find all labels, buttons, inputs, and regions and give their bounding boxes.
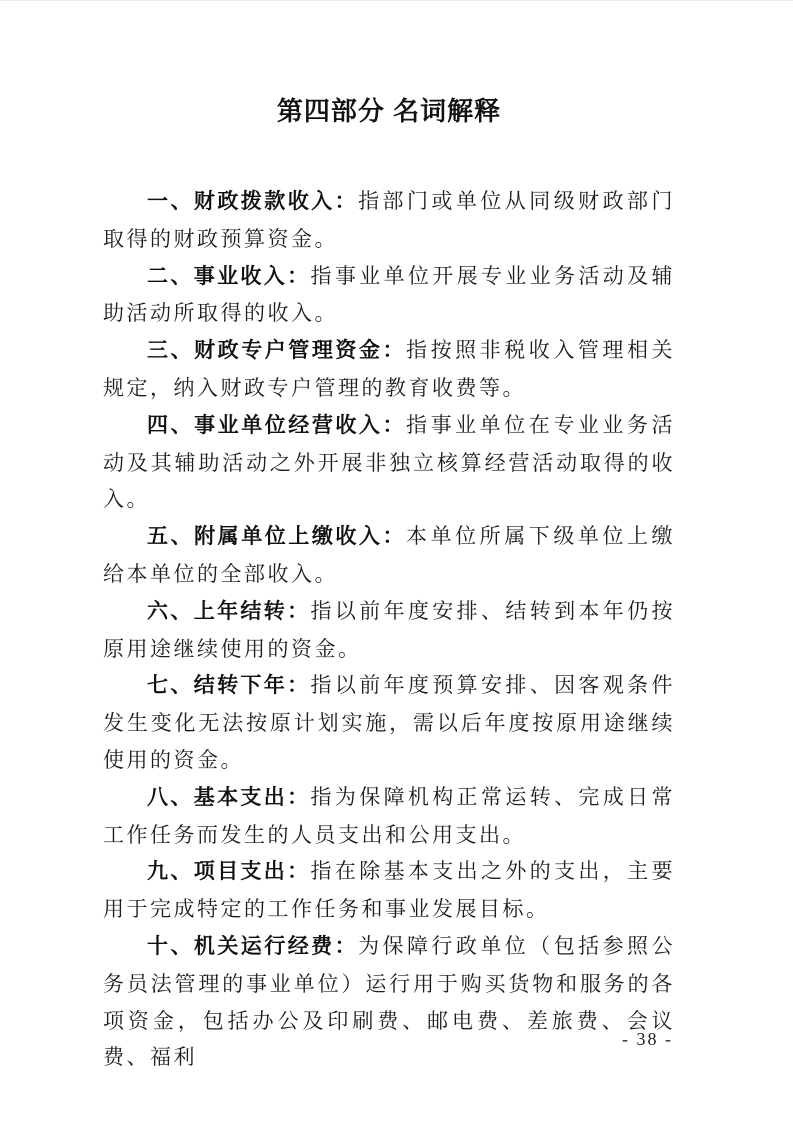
term-label: 九、项目支出： bbox=[147, 860, 311, 883]
term-label: 三、财政专户管理资金： bbox=[147, 339, 406, 362]
page-title: 第四部分 名词解释 bbox=[103, 93, 675, 129]
terms-list: 一、财政拨款收入：指部门或单位从同级财政部门取得的财政预算资金。 二、事业收入：… bbox=[103, 183, 675, 1076]
term-label: 六、上年结转： bbox=[147, 600, 311, 623]
term-paragraph: 六、上年结转：指以前年度安排、结转到本年仍按原用途继续使用的资金。 bbox=[103, 593, 675, 668]
term-paragraph: 二、事业收入：指事业单位开展专业业务活动及辅助活动所取得的收入。 bbox=[103, 258, 675, 333]
term-paragraph: 七、结转下年：指以前年度预算安排、因客观条件发生变化无法按原计划实施，需以后年度… bbox=[103, 667, 675, 778]
term-label: 七、结转下年： bbox=[147, 674, 311, 697]
term-label: 十、机关运行经费： bbox=[147, 935, 358, 958]
term-paragraph: 八、基本支出：指为保障机构正常运转、完成日常工作任务而发生的人员支出和公用支出。 bbox=[103, 779, 675, 854]
term-paragraph: 四、事业单位经营收入：指事业单位在专业业务活动及其辅助活动之外开展非独立核算经营… bbox=[103, 407, 675, 518]
term-paragraph: 五、附属单位上缴收入：本单位所属下级单位上缴给本单位的全部收入。 bbox=[103, 518, 675, 593]
term-label: 八、基本支出： bbox=[147, 786, 311, 809]
term-label: 四、事业单位经营收入： bbox=[147, 414, 406, 437]
term-label: 五、附属单位上缴收入： bbox=[147, 525, 406, 548]
page-content: 第四部分 名词解释 一、财政拨款收入：指部门或单位从同级财政部门取得的财政预算资… bbox=[103, 93, 675, 1076]
page-number: - 38 - bbox=[622, 1029, 673, 1050]
term-label: 二、事业收入： bbox=[147, 265, 311, 288]
term-paragraph: 十、机关运行经费：为保障行政单位（包括参照公务员法管理的事业单位）运行用于购买货… bbox=[103, 928, 675, 1076]
term-paragraph: 一、财政拨款收入：指部门或单位从同级财政部门取得的财政预算资金。 bbox=[103, 183, 675, 258]
term-paragraph: 九、项目支出：指在除基本支出之外的支出，主要用于完成特定的工作任务和事业发展目标… bbox=[103, 853, 675, 928]
term-label: 一、财政拨款收入： bbox=[147, 190, 358, 213]
term-paragraph: 三、财政专户管理资金：指按照非税收入管理相关规定，纳入财政专户管理的教育收费等。 bbox=[103, 332, 675, 407]
document-page: 第四部分 名词解释 一、财政拨款收入：指部门或单位从同级财政部门取得的财政预算资… bbox=[0, 0, 793, 1123]
